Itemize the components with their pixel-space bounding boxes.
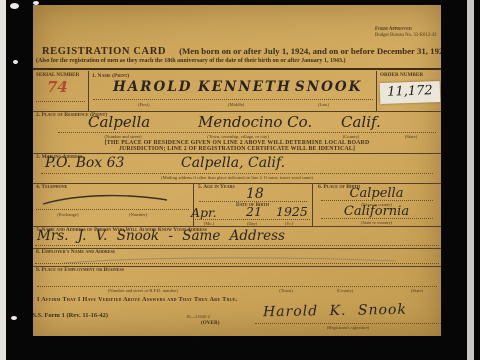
mailing-baseline: [41, 173, 433, 174]
name-sublabel-middle: (Middle): [228, 102, 244, 107]
residence-town-value: Calpella: [88, 115, 150, 130]
registrant-signature: Harold K. Snook: [263, 303, 407, 320]
film-speck: [10, 3, 19, 9]
form-approved-note: Form Approved Budget Bureau No. 33-R012-…: [375, 27, 437, 38]
birthdate-sublabel-yr: (Yr.): [285, 221, 293, 226]
residence-sublabel-town: (Town, township, village, or city): [207, 134, 269, 139]
residence-baseline: [58, 132, 436, 133]
footer-row: D.S.S. Form 1 (Rev. 11-16-42) 16—21630-2…: [33, 304, 441, 336]
header-rule: [33, 68, 441, 70]
film-edge-right: [467, 0, 474, 360]
name-sublabel-first: (First): [138, 102, 149, 107]
order-number-value: 11,172: [380, 81, 441, 99]
order-number-label: Order Number: [380, 73, 423, 79]
employer-baseline: [35, 263, 439, 264]
residence-notice-line2: JURISDICTION; LINE 2 OF REGISTRATION CER…: [33, 146, 441, 152]
birthdate-sublabel-mo: (Mo.): [204, 221, 214, 226]
employment-label: 9. Place of Employment or Business: [36, 267, 124, 273]
residence-state-value: Calif.: [341, 115, 381, 130]
employment-sublabel-street: (Number and street or R.F.D. number): [108, 288, 178, 293]
card-title-note: (Men born on or after July 1, 1924, and …: [179, 46, 441, 56]
age-baseline: [199, 201, 307, 202]
card-subtitle: (Also for the registration of men as the…: [36, 58, 345, 64]
birthdate-day-value: 21: [246, 206, 262, 219]
serial-baseline: [36, 101, 85, 102]
divider: [88, 71, 89, 111]
residence-sublabel-street: (Number and street): [105, 134, 142, 139]
residence-county-value: Mendocino Co.: [198, 115, 312, 130]
telephone-baseline: [36, 209, 189, 210]
signature-sublabel: (Registrant's signature): [273, 325, 423, 330]
print-code: 16—21630-2: [186, 314, 210, 319]
residence-sublabel-county: (County): [343, 134, 360, 139]
film-speck: [13, 60, 18, 64]
divider: [376, 71, 377, 111]
name-sublabel-last: (Last): [318, 102, 329, 107]
mailing-box-value: P.O. Box 63: [45, 156, 124, 170]
registration-card: Form Approved Budget Bureau No. 33-R012-…: [33, 5, 441, 336]
form-number: D.S.S. Form 1 (Rev. 11-16-42): [33, 312, 108, 319]
residence-sublabel-state: (State): [405, 134, 417, 139]
over-note: (OVER): [201, 320, 219, 326]
row-contact-person: 7. Name and Address of Person Who Will A…: [33, 226, 441, 249]
row-employer: 8. Employer's Name and Address: [33, 248, 441, 267]
telephone-none-dash: [39, 191, 187, 207]
order-number-patch: 11,172: [380, 81, 441, 104]
birthplace-state-value: California: [312, 205, 441, 218]
telephone-sublabel-number: (Number): [129, 212, 147, 217]
contact-baseline: [35, 245, 439, 246]
film-speck: [11, 316, 17, 320]
row-employment: 9. Place of Employment or Business (Numb…: [33, 266, 441, 295]
serial-number-value: 74: [47, 80, 68, 95]
row-serial-name-order: Serial Number 74 1. Name (Print) Harold …: [33, 71, 441, 112]
birthdate-sublabel-day: (Day): [247, 221, 257, 226]
name-middle-value: Kenneth: [198, 81, 292, 95]
birthplace-state-sublabel: (State or country): [312, 220, 441, 225]
employment-sublabel-county: (County): [337, 288, 354, 293]
employment-sublabel-town: (Town): [279, 288, 292, 293]
affirmation-text: I Affirm That I Have Verified Above Answ…: [37, 296, 238, 303]
row-phone-age-birth: 4. Telephone (Exchange) (Number) 5. Age …: [33, 183, 441, 227]
name-last-value: Snook: [295, 81, 362, 95]
row-residence: 2. Place of Residence (Print) Calpella M…: [33, 111, 441, 154]
telephone-sublabel-exchange: (Exchange): [57, 212, 78, 217]
card-title: REGISTRATION CARD: [42, 46, 166, 57]
mailing-town-value: Calpella, Calif.: [181, 156, 285, 170]
contact-value: Mrs. J. V. Snook - Same Address: [37, 230, 285, 244]
mailing-sublabel: (Mailing address if other than place ind…: [33, 175, 441, 180]
birthdate-month-value: Apr.: [191, 207, 217, 220]
birthplace-town-value: Calpella: [312, 187, 441, 200]
card-title-row: REGISTRATION CARD (Men born on or after …: [42, 41, 441, 59]
telephone-label: 4. Telephone: [36, 184, 67, 190]
row-mailing: 3. Mailing Address P.O. Box 63 Calpella,…: [33, 153, 441, 184]
film-edge-left: [0, 0, 6, 360]
age-value: 18: [246, 187, 264, 201]
employment-sublabel-state: (State): [411, 288, 423, 293]
name-first-value: Harold: [113, 81, 192, 95]
birthdate-year-value: 1925: [276, 206, 308, 219]
age-label: 5. Age in Years: [198, 184, 235, 190]
name-baseline: [93, 99, 373, 100]
employment-baseline: [37, 286, 437, 287]
budget-bureau-number: Budget Bureau No. 33-R012-43: [375, 33, 437, 38]
scanned-frame: Form Approved Budget Bureau No. 33-R012-…: [0, 0, 480, 360]
